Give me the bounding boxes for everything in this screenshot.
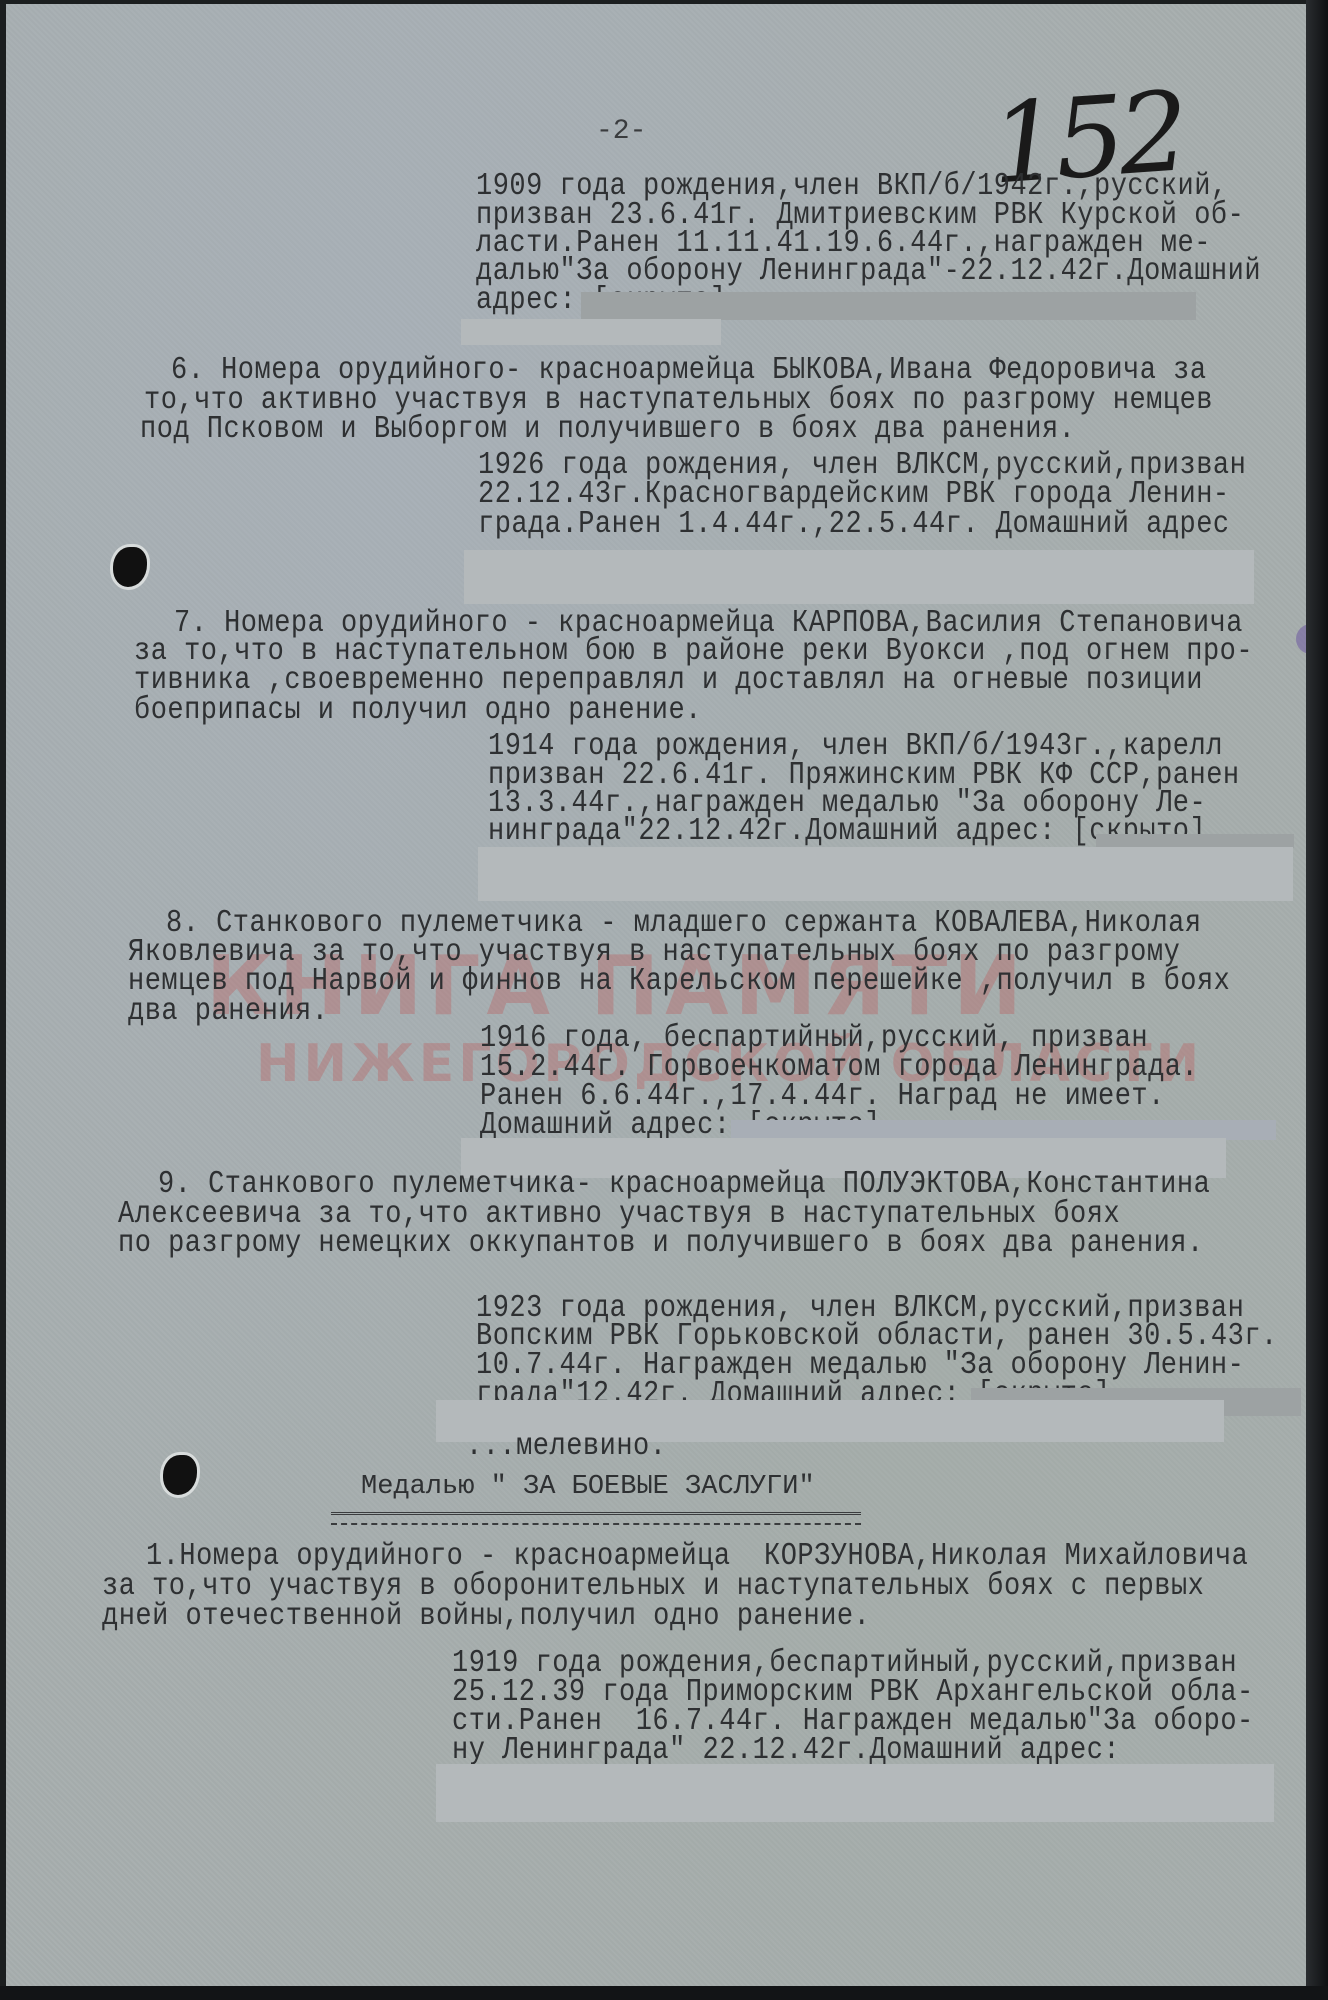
bio-line: 1926 года рождения, член ВЛКСМ,русский,п… [478,451,1246,481]
citation-line: по разгрому немецких оккупантов и получи… [118,1229,1204,1259]
redaction-box [436,1764,1274,1822]
bio-line: 1909 года рождения,член ВКП/б/1942г.,рус… [476,172,1228,202]
citation-line: под Псковом и Выборгом и получившего в б… [140,415,1075,445]
archival-document-page: -2- 152 КНИГА ПАМЯТИ НИЖЕГОРОДСКОЙ ОБЛАС… [6,4,1306,1988]
bio-line: далью"За оборону Ленинграда"-22.12.42г.Д… [476,257,1261,287]
citation-line: тивника ,своевременно переправлял и дост… [134,666,1203,696]
bio-line: 1914 года рождения, член ВКП/б/1943г.,ка… [488,732,1223,762]
bio-line: града.Ранен 1.4.44г.,22.5.44г. Домашний … [478,510,1230,540]
bio-line: сти.Ранен 16.7.44г. Награжден медалью"За… [452,1707,1254,1737]
bio-line: 10.7.44г. Награжден медалью "За оборону … [476,1351,1244,1381]
bio-line: Вопским РВК Горьковской области, ранен 3… [476,1322,1278,1352]
citation-line: боеприпасы и получил одно ранение. [134,696,702,726]
bio-line: ну Ленинграда" 22.12.42г.Домашний адрес: [452,1736,1120,1766]
citation-line: 9. Станкового пулеметчика- красноармейца… [158,1170,1210,1200]
citation-line: два ранения. [128,997,328,1027]
punch-hole-icon [110,544,150,590]
redaction-box [1096,834,1294,848]
redaction-box [461,319,721,345]
heading-underline [331,1512,861,1525]
bio-line: 22.12.43г.Красногвардейским РВК города Л… [478,480,1230,510]
redaction-box [464,550,1254,604]
citation-line: то,что активно участвуя в наступательных… [144,386,1213,416]
citation-line: за то,что участвуя в оборонительных и на… [102,1572,1204,1602]
citation-line: 6. Номера орудийного- красноармейца БЫКО… [171,356,1207,386]
citation-line: за то,что в наступательном бою в районе … [134,637,1253,667]
page-number: -2- [596,116,646,147]
bio-line: 1919 года рождения,беспартийный,русский,… [452,1649,1237,1679]
citation-line: дней отечественной войны,получил одно ра… [102,1602,870,1632]
redaction-box [478,847,1293,901]
section-heading-combat-merit-medal: Медалью " ЗА БОЕВЫЕ ЗАСЛУГИ" [361,1472,815,1502]
redaction-box [731,1120,1276,1140]
bio-line: 15.2.44г. Горвоенкоматом города Ленингра… [480,1053,1198,1083]
bio-line: Ранен 6.6.44г.,17.4.44г. Наград не имеет… [480,1082,1165,1112]
citation-line: Алексеевича за то,что активно участвуя в… [118,1200,1120,1230]
punch-hole-icon [160,1452,200,1498]
bio-line: 25.12.39 года Приморским РВК Архангельск… [452,1678,1254,1708]
citation-line: немцев под Нарвой и финнов на Карельском… [128,967,1230,997]
redaction-box [581,292,1196,320]
citation-line: 1.Номера орудийного - красноармейца КОРЗ… [146,1542,1248,1572]
citation-line: Яковлевича за то,что участвуя в наступат… [128,938,1180,968]
scan-border-right [1306,0,1328,2000]
bio-line: 1916 года, беспартийный,русский, призван [480,1024,1148,1054]
scan-border-bottom [0,1986,1328,2000]
citation-line: 8. Станкового пулеметчика - младшего сер… [166,909,1202,939]
bio-line: ...мелевино. [466,1432,666,1462]
